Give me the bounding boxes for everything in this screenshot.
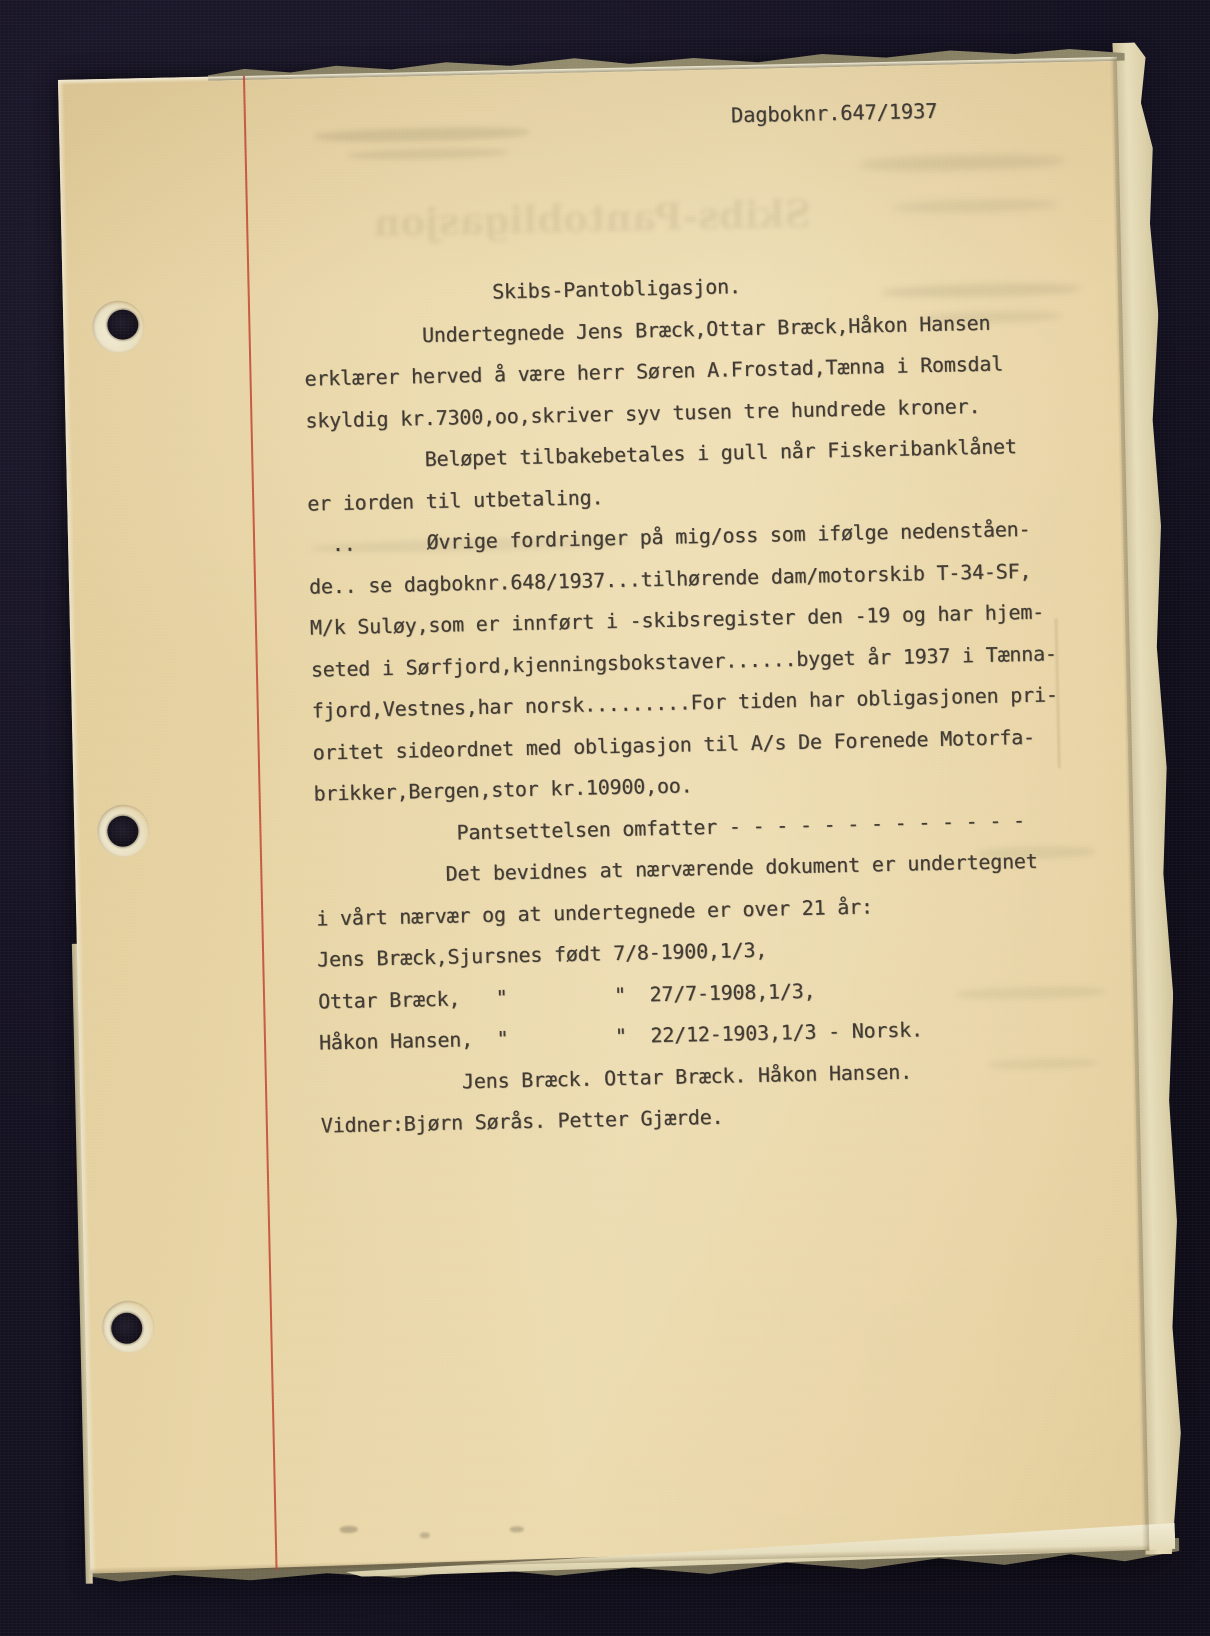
typewritten-text-body: Skibs-Pantobligasjon. Undertegnede Jens … (302, 258, 1120, 1147)
smudge-mark (893, 198, 1058, 214)
paper-edge-highlight-left (58, 80, 97, 1574)
smudge-mark (860, 153, 1065, 172)
pencil-mark (340, 1526, 358, 1533)
pencil-mark (510, 1526, 524, 1532)
journal-number: Dagboknr.647/1937 (731, 99, 938, 127)
page-stack-edge-right (1112, 42, 1185, 1555)
smudge-mark (314, 126, 529, 144)
archive-scan-backdrop: Skibs-Pantobligasjon Dagboknr.647/19 (0, 0, 1210, 1636)
bleed-through-title: Skibs-Pantobligasjon (401, 192, 812, 245)
document-page: Skibs-Pantobligasjon Dagboknr.647/19 (58, 57, 1149, 1574)
red-margin-rule (243, 76, 278, 1570)
pencil-mark (420, 1532, 430, 1538)
smudge-mark (348, 147, 508, 160)
